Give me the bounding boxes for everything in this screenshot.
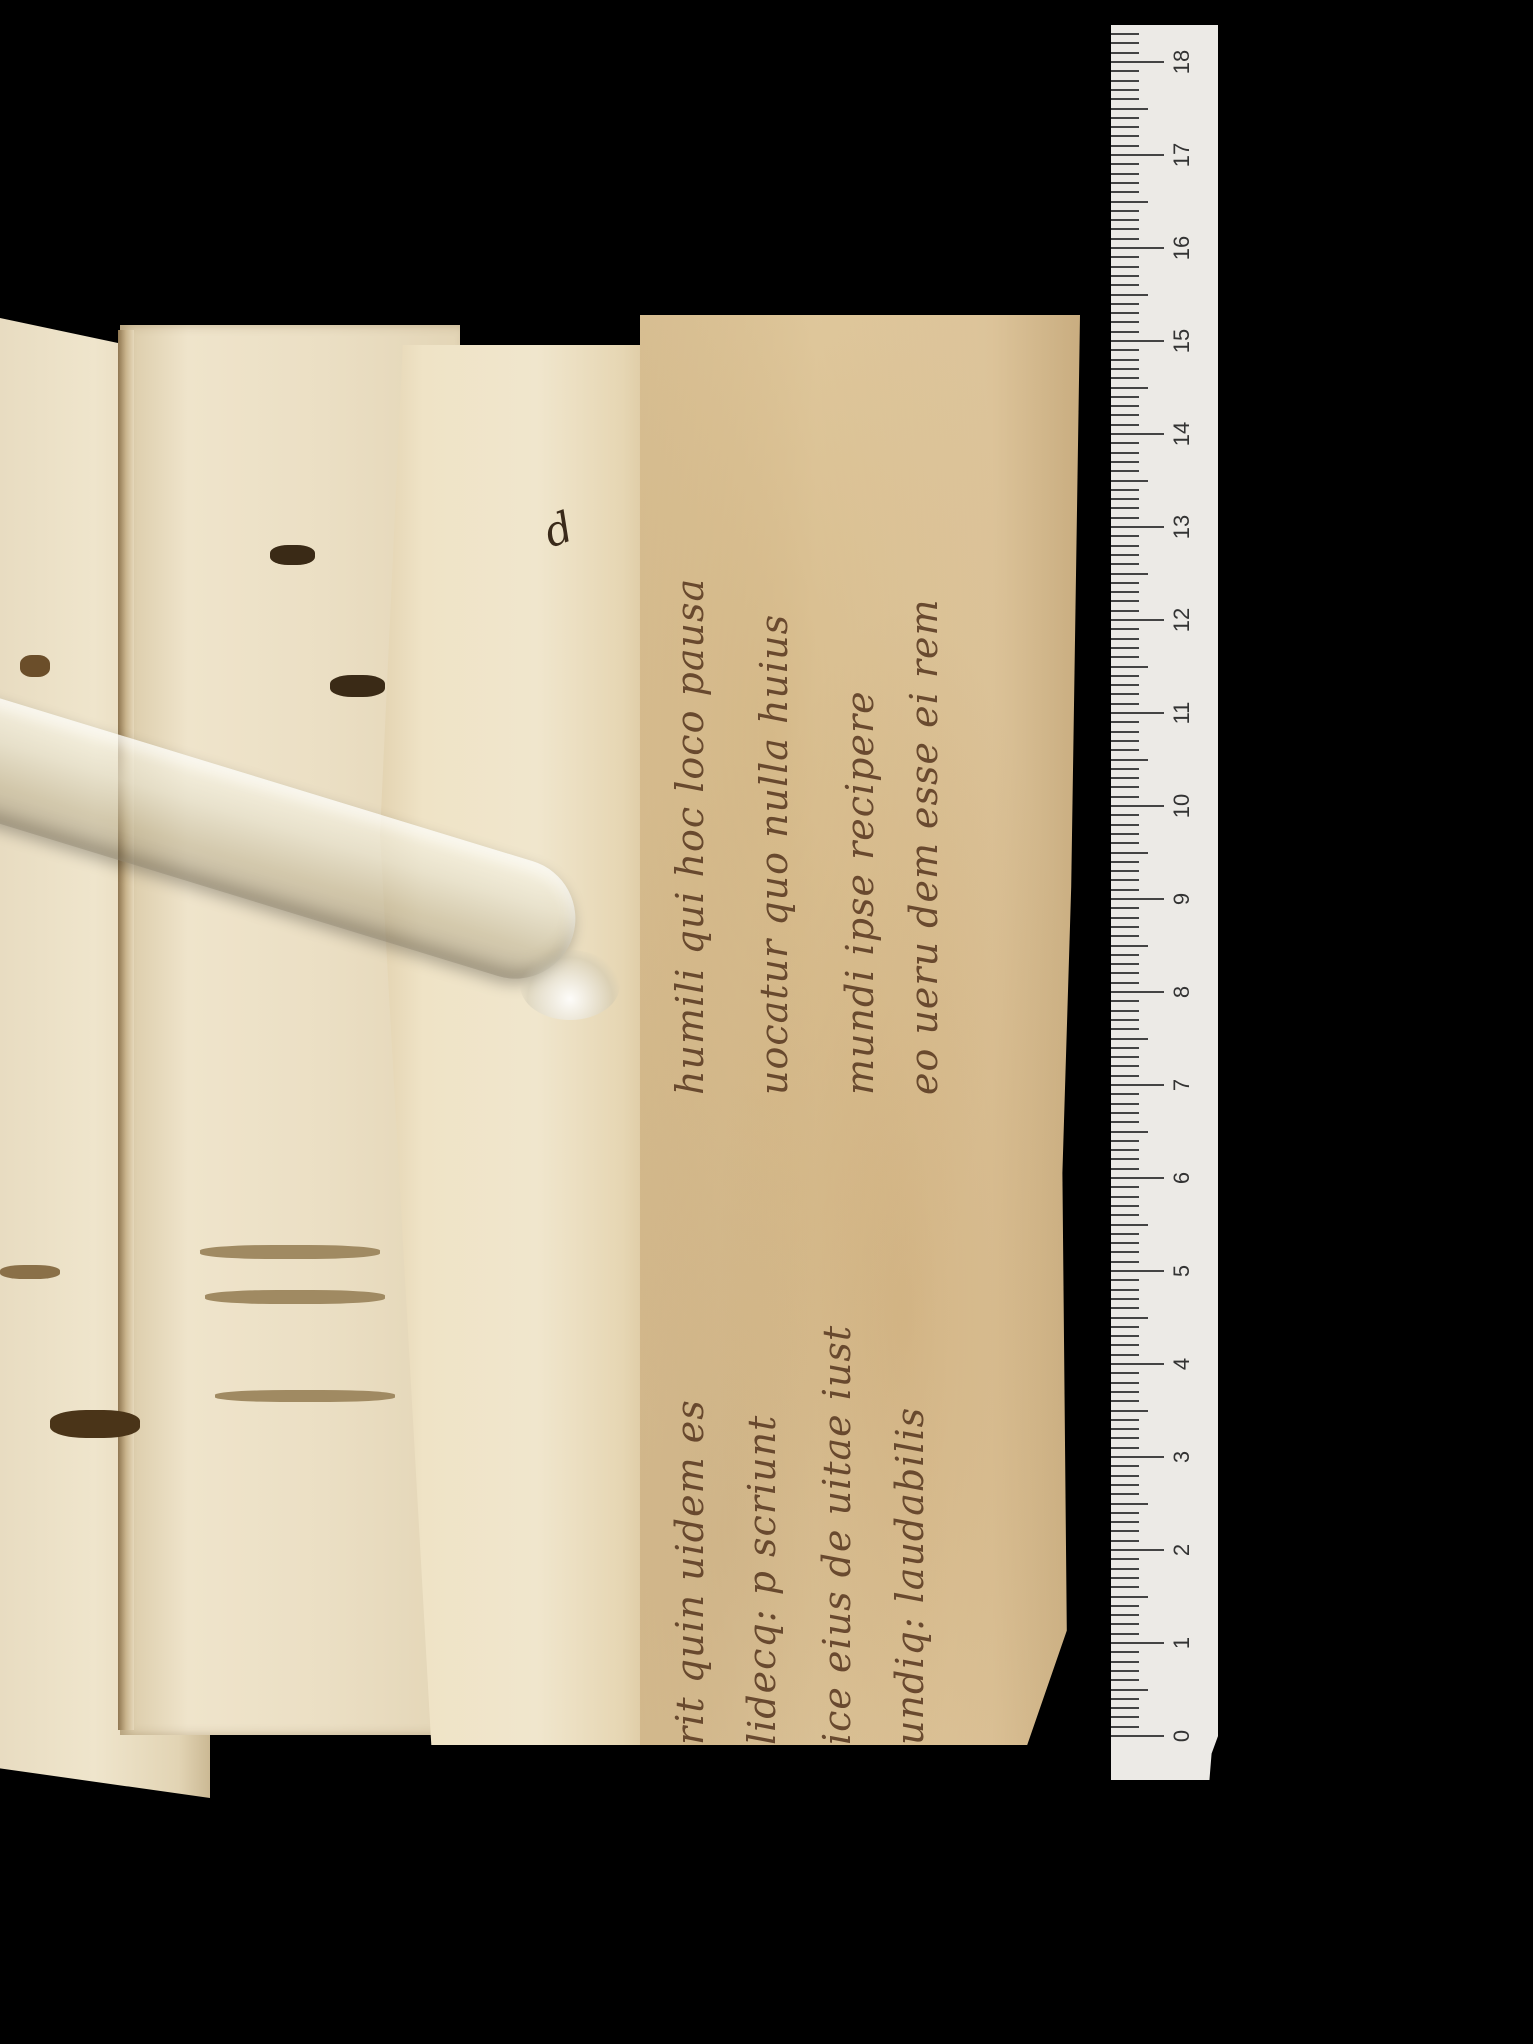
ruler-tick [1111, 1521, 1139, 1523]
ruler-tick [1111, 1410, 1148, 1412]
ruler-tick [1111, 433, 1164, 435]
ruler-tick [1111, 972, 1139, 974]
ruler-tick [1111, 377, 1139, 379]
ruler-tick [1111, 824, 1139, 826]
ruler-tick [1111, 619, 1164, 621]
ruler-tick [1111, 1512, 1139, 1514]
ruler-tick [1111, 1605, 1139, 1607]
ruler-label: 8 [1169, 977, 1195, 1007]
ruler-tick [1111, 600, 1139, 602]
ruler-label: 2 [1169, 1535, 1195, 1565]
ruler-tick [1111, 33, 1139, 35]
ruler-tick [1111, 238, 1139, 240]
ruler-tick [1111, 1735, 1164, 1737]
ruler-tick [1111, 889, 1139, 891]
ruler-label: 14 [1169, 419, 1195, 449]
ruler-tick [1111, 321, 1139, 323]
ruler-tick [1111, 89, 1139, 91]
text-line: rit quin uidem es [668, 1399, 712, 1745]
ruler-label: 17 [1169, 140, 1195, 170]
ruler-tick [1111, 628, 1139, 630]
ruler-tick [1111, 331, 1139, 333]
ruler-tick [1111, 414, 1139, 416]
ruler-tick [1111, 638, 1139, 640]
ruler-tick [1111, 1437, 1139, 1439]
ruler-tick [1111, 489, 1139, 491]
ruler-tick [1111, 1112, 1139, 1114]
ruler-tick [1111, 1158, 1139, 1160]
ruler-tick [1111, 61, 1164, 63]
ruler-tick [1111, 1047, 1139, 1049]
ruler-tick [1111, 1558, 1139, 1560]
ruler-tick [1111, 480, 1148, 482]
ruler-tick [1111, 145, 1139, 147]
ruler-tick [1111, 545, 1139, 547]
ruler-tick [1111, 1242, 1139, 1244]
worm-hole [50, 1410, 140, 1438]
text-line: humili qui hoc loco pausa [668, 578, 712, 1095]
ruler-tick [1111, 1056, 1139, 1058]
ruler-tick [1111, 396, 1139, 398]
ruler-tick [1111, 154, 1164, 156]
ruler-tick [1111, 1000, 1139, 1002]
ruler-tick [1111, 1065, 1139, 1067]
text-line: uocatur quo nulla huius [752, 614, 796, 1095]
ruler-tick [1111, 461, 1139, 463]
ruler-tick [1111, 1549, 1164, 1551]
ruler-tick [1111, 1698, 1139, 1700]
ruler-label: 1 [1169, 1628, 1195, 1658]
worm-hole [205, 1290, 385, 1304]
ruler-tick [1111, 1270, 1164, 1272]
ruler-tick [1111, 210, 1139, 212]
ruler-label: 15 [1169, 326, 1195, 356]
ruler-tick [1111, 201, 1148, 203]
ruler-tick [1111, 963, 1139, 965]
ruler-tick [1111, 182, 1139, 184]
worm-hole [330, 675, 385, 697]
ruler-tick [1111, 1642, 1164, 1644]
ruler-tick [1111, 1205, 1139, 1207]
ruler-tick [1111, 228, 1139, 230]
ruler-tick [1111, 173, 1139, 175]
ruler-tick [1111, 219, 1139, 221]
ruler-tick [1111, 759, 1148, 761]
ruler-tick [1111, 1633, 1139, 1635]
ruler-tick [1111, 1010, 1139, 1012]
ruler-tick [1111, 1084, 1164, 1086]
ruler-tick [1111, 656, 1139, 658]
ruler-tick [1111, 507, 1139, 509]
ruler-tick [1111, 359, 1139, 361]
ruler-tick [1111, 1661, 1139, 1663]
ruler-tick [1111, 879, 1139, 881]
ruler-tick [1111, 1131, 1148, 1133]
spine-fold [118, 330, 134, 1730]
worm-hole [200, 1245, 380, 1259]
ruler-label: 6 [1169, 1163, 1195, 1193]
ruler-tick [1111, 117, 1139, 119]
ruler-tick [1111, 470, 1139, 472]
ruler-tick [1111, 1484, 1139, 1486]
ruler-tick [1111, 1726, 1139, 1728]
text-line: mundi ipse recipere [838, 690, 882, 1095]
ruler-tick [1111, 591, 1139, 593]
ruler-label: 12 [1169, 605, 1195, 635]
ruler-tick [1111, 1428, 1139, 1430]
ruler-tick [1111, 898, 1164, 900]
ruler-tick [1111, 1568, 1139, 1570]
ruler-tick [1111, 1075, 1139, 1077]
ruler-tick [1111, 452, 1139, 454]
ruler-tick [1111, 135, 1139, 137]
ruler-tick [1111, 442, 1139, 444]
ruler-tick [1111, 1093, 1139, 1095]
ruler-tick [1111, 1465, 1139, 1467]
ruler-tick [1111, 954, 1139, 956]
ruler-tick [1111, 1391, 1139, 1393]
ruler-tick [1111, 582, 1139, 584]
ruler-tick [1111, 498, 1139, 500]
ruler-tick [1111, 1716, 1139, 1718]
ruler-tick [1111, 573, 1148, 575]
ruler-tick [1111, 833, 1139, 835]
ruler-tick [1111, 1596, 1148, 1598]
ruler-tick [1111, 1335, 1139, 1337]
ruler-label: 4 [1169, 1349, 1195, 1379]
folded-stub [380, 345, 665, 1745]
text-line: ice eius de uitae iust [815, 1325, 859, 1745]
ruler-tick [1111, 1400, 1139, 1402]
ruler-tick [1111, 991, 1164, 993]
ruler-tick [1111, 70, 1139, 72]
ruler-tick [1111, 1028, 1139, 1030]
ruler-tick [1111, 982, 1139, 984]
ruler-label: 7 [1169, 1070, 1195, 1100]
ruler-tick [1111, 684, 1139, 686]
ruler-label: 18 [1169, 47, 1195, 77]
ruler-label: 5 [1169, 1256, 1195, 1286]
ruler-tick [1111, 424, 1139, 426]
ruler-label: 9 [1169, 884, 1195, 914]
ruler-tick [1111, 405, 1139, 407]
ruler-tick [1111, 852, 1148, 854]
ruler-tick [1111, 842, 1139, 844]
ruler-tick [1111, 294, 1148, 296]
worm-hole [0, 1265, 60, 1279]
ruler-tick [1111, 926, 1139, 928]
ruler-tick [1111, 740, 1139, 742]
ruler-tick [1111, 1019, 1139, 1021]
ruler-tick [1111, 563, 1139, 565]
ruler-tick [1111, 861, 1139, 863]
ruler-tick [1111, 1530, 1139, 1532]
ruler-tick [1111, 814, 1139, 816]
ruler-tick [1111, 666, 1148, 668]
ruler-tick [1111, 1186, 1139, 1188]
ruler-tick [1111, 1149, 1139, 1151]
text-line: lidecq: p scriunt [740, 1415, 784, 1745]
ruler-tick [1111, 907, 1139, 909]
ruler-tick [1111, 1261, 1139, 1263]
ruler-tick [1111, 1307, 1139, 1309]
ruler-tick [1111, 1224, 1148, 1226]
glass-weight-tip-highlight [520, 950, 620, 1020]
ruler-tick [1111, 1419, 1139, 1421]
ruler-label: 10 [1169, 791, 1195, 821]
ruler-tick [1111, 1614, 1139, 1616]
ruler-tick [1111, 1103, 1139, 1105]
ruler-tick [1111, 191, 1139, 193]
ruler-tick [1111, 247, 1164, 249]
ruler-tick [1111, 1707, 1139, 1709]
ruler-tick [1111, 1623, 1139, 1625]
ruler-tick [1111, 1177, 1164, 1179]
ruler-tick [1111, 1168, 1139, 1170]
ruler-tick [1111, 1456, 1164, 1458]
ruler-tick [1111, 935, 1139, 937]
ruler-tick [1111, 712, 1164, 714]
ruler-tick [1111, 945, 1148, 947]
worm-hole [270, 545, 315, 565]
scale-ruler: 0123456789101112131415161718 [1111, 25, 1218, 1780]
ruler-label: 16 [1169, 233, 1195, 263]
ruler-tick [1111, 554, 1139, 556]
ruler-tick [1111, 387, 1148, 389]
ruler-tick [1111, 749, 1139, 751]
ruler-tick [1111, 1298, 1139, 1300]
ruler-tick [1111, 1651, 1139, 1653]
ruler-tick [1111, 1326, 1139, 1328]
ruler-label: 13 [1169, 512, 1195, 542]
ruler-tick [1111, 1372, 1139, 1374]
worm-hole [20, 655, 50, 677]
ruler-tick [1111, 340, 1164, 342]
ruler-tick [1111, 777, 1139, 779]
ruler-tick [1111, 1447, 1139, 1449]
ruler-tick [1111, 610, 1139, 612]
ruler-tick [1111, 312, 1139, 314]
ruler-tick [1111, 870, 1139, 872]
ruler-tick [1111, 80, 1139, 82]
ruler-tick [1111, 768, 1139, 770]
ruler-tick [1111, 1038, 1148, 1040]
ruler-tick [1111, 517, 1139, 519]
ruler-tick [1111, 721, 1139, 723]
ruler-tick [1111, 917, 1139, 919]
ruler-tick [1111, 266, 1139, 268]
ruler-tick [1111, 786, 1139, 788]
ruler-tick [1111, 52, 1139, 54]
ruler-tick [1111, 368, 1139, 370]
ruler-tick [1111, 1382, 1139, 1384]
ruler-tick [1111, 1317, 1148, 1319]
ruler-tick [1111, 1493, 1139, 1495]
ruler-tick [1111, 1540, 1139, 1542]
ruler-tick [1111, 1233, 1139, 1235]
ruler-tick [1111, 1289, 1139, 1291]
ruler-tick [1111, 98, 1139, 100]
ruler-tick [1111, 703, 1139, 705]
ruler-label: 3 [1169, 1442, 1195, 1472]
ruler-tick [1111, 126, 1139, 128]
ruler-tick [1111, 1363, 1164, 1365]
ruler-tick [1111, 1214, 1139, 1216]
ruler-tick [1111, 1140, 1139, 1142]
ruler-tick [1111, 256, 1139, 258]
text-line: undiq: laudabilis [888, 1407, 932, 1745]
ruler-label: 0 [1169, 1721, 1195, 1751]
worm-hole [215, 1390, 395, 1402]
ruler-tick [1111, 1577, 1139, 1579]
text-line: eo ueru dem esse ei rem [902, 598, 946, 1095]
ruler-tick [1111, 163, 1139, 165]
ruler-tick [1111, 284, 1139, 286]
ruler-tick [1111, 1670, 1139, 1672]
ruler-tick [1111, 693, 1139, 695]
ruler-tick [1111, 1354, 1139, 1356]
ruler-tick [1111, 1121, 1139, 1123]
ruler-tick [1111, 1196, 1139, 1198]
ruler-tick [1111, 731, 1139, 733]
ruler-tick [1111, 647, 1139, 649]
ruler-tick [1111, 796, 1139, 798]
ruler-tick [1111, 675, 1139, 677]
ruler-tick [1111, 303, 1139, 305]
ruler-tick [1111, 1344, 1139, 1346]
ruler-tick [1111, 42, 1139, 44]
ruler-label: 11 [1169, 698, 1195, 728]
ruler-tick [1111, 108, 1148, 110]
ruler-tick [1111, 1279, 1139, 1281]
ruler-tick [1111, 275, 1139, 277]
ruler-tick [1111, 805, 1164, 807]
ruler-tick [1111, 1475, 1139, 1477]
ruler-tick [1111, 1503, 1148, 1505]
ruler-tick [1111, 1689, 1148, 1691]
ruler-tick [1111, 1586, 1139, 1588]
ruler-tick [1111, 1251, 1139, 1253]
ruler-tick [1111, 526, 1164, 528]
ruler-tick [1111, 349, 1139, 351]
ruler-tick [1111, 1679, 1139, 1681]
ruler-tick [1111, 535, 1139, 537]
